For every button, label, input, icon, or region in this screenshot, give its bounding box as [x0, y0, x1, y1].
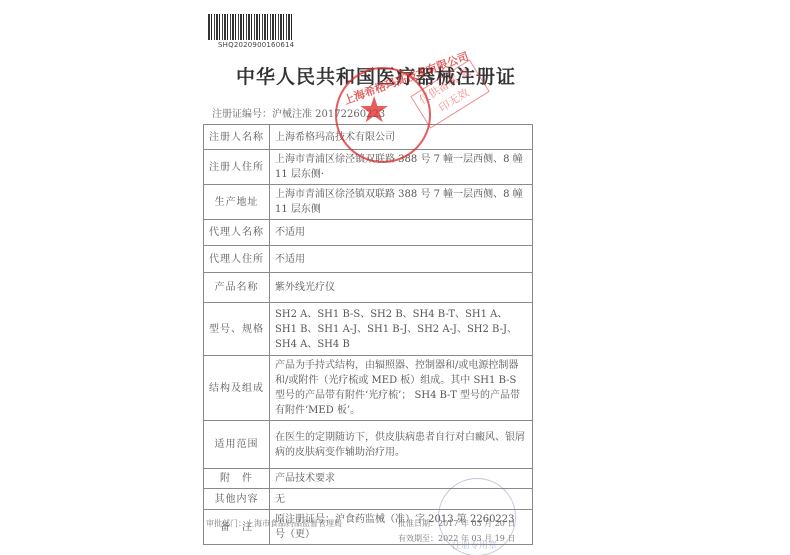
table-row: 适用范围在医生的定期随访下，供皮肤病患者自行对白癜风、银屑病的皮肤病变作辅助治疗…: [204, 421, 533, 469]
row-label: 产品名称: [204, 273, 270, 303]
barcode: [208, 14, 294, 40]
row-value: 不适用: [270, 246, 533, 273]
row-value: 上海市青浦区徐泾镇双联路 388 号 7 幢一层西侧、8 幢 11 层东侧: [270, 185, 533, 220]
row-value: 紫外线光疗仪: [270, 273, 533, 303]
row-label: 生产地址: [204, 185, 270, 220]
table-row: 型号、规格SH2 A、SH1 B-S、SH2 B、SH4 B-T、SH1 A、S…: [204, 303, 533, 356]
barcode-number: SHQ2020900160614: [218, 41, 294, 49]
row-label: 结构及组成: [204, 356, 270, 421]
table-row: 代理人名称不适用: [204, 220, 533, 246]
table-row: 结构及组成产品为手持式结构，由辐照器、控制器和/或电源控制器和/或附件（光疗梳或…: [204, 356, 533, 421]
registration-seal-text: 注册专用章: [452, 538, 497, 551]
row-label: 注册人名称: [204, 125, 270, 150]
certificate-number-label: 注册证编号：: [212, 109, 272, 120]
row-value: SH2 A、SH1 B-S、SH2 B、SH4 B-T、SH1 A、SH1 B、…: [270, 303, 533, 356]
table-row: 代理人住所不适用: [204, 246, 533, 273]
table-row: 生产地址上海市青浦区徐泾镇双联路 388 号 7 幢一层西侧、8 幢 11 层东…: [204, 185, 533, 220]
row-value: 在医生的定期随访下，供皮肤病患者自行对白癜风、银屑病的皮肤病变作辅助治疗用。: [270, 421, 533, 469]
row-label: 适用范围: [204, 421, 270, 469]
approval-authority: 审批部门：上海市食品药品监督管理局: [206, 518, 342, 529]
row-label: 代理人名称: [204, 220, 270, 246]
row-label: 型号、规格: [204, 303, 270, 356]
row-value: 产品为手持式结构，由辐照器、控制器和/或电源控制器和/或附件（光疗梳或 MED …: [270, 356, 533, 421]
row-value: 不适用: [270, 220, 533, 246]
star-icon: ★: [358, 93, 390, 129]
row-label: 其他内容: [204, 489, 270, 510]
row-label: 代理人住所: [204, 246, 270, 273]
table-row: 产品名称紫外线光疗仪: [204, 273, 533, 303]
row-label: 注册人住所: [204, 150, 270, 185]
row-label: 附 件: [204, 469, 270, 489]
